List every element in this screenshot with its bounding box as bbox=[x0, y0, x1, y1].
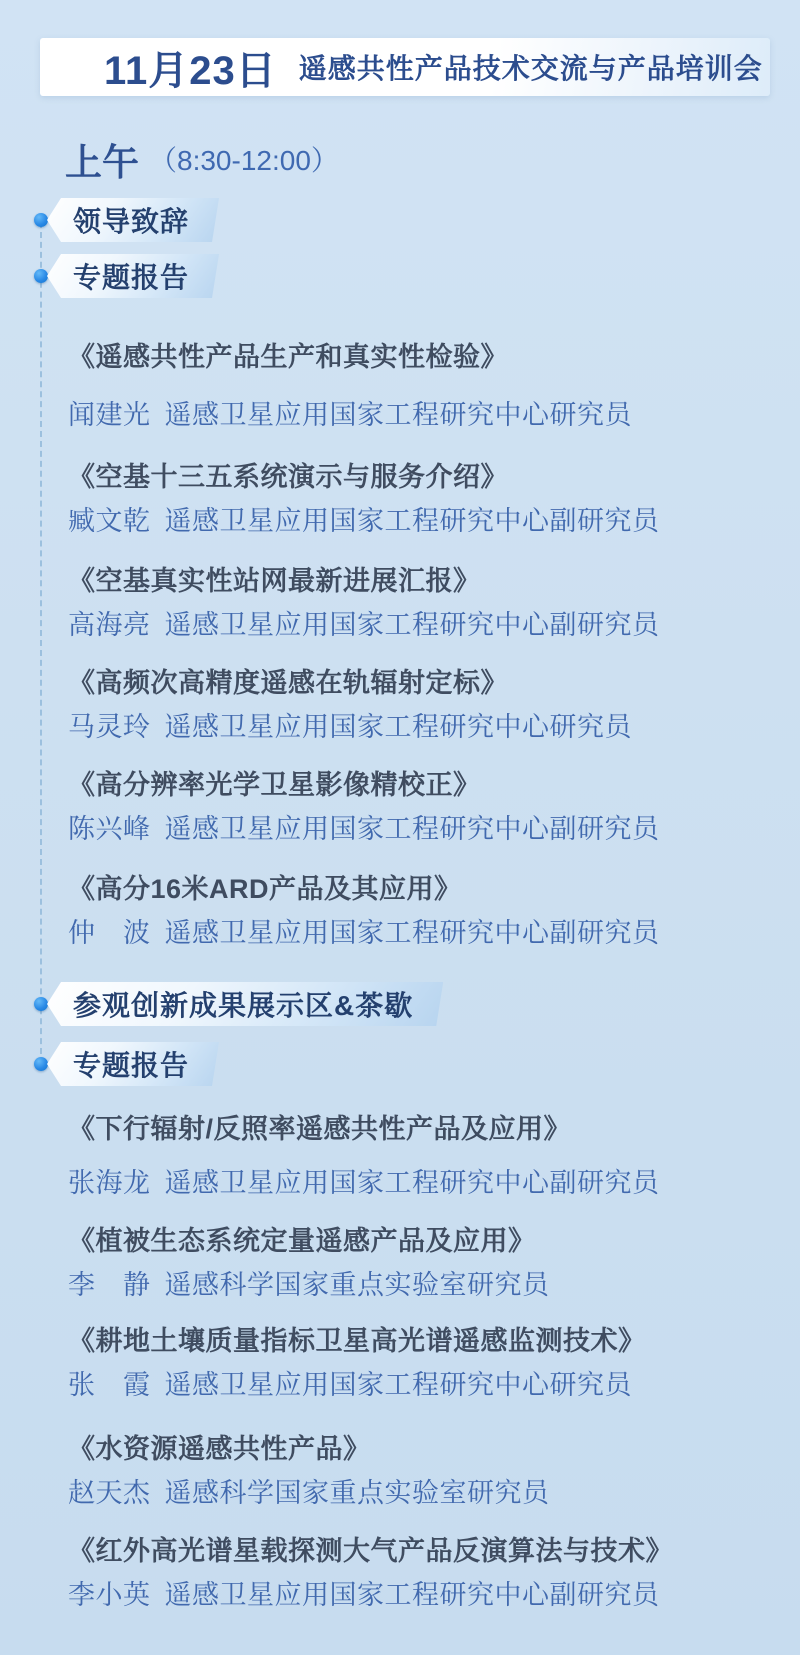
talk-title: 《高频次高精度遥感在轨辐射定标》 bbox=[68, 666, 770, 700]
header-bar: 11月23日 遥感共性产品技术交流与产品培训会 bbox=[40, 38, 770, 96]
talk-entry: 《下行辐射/反照率遥感共性产品及应用》 张海龙 遥感卫星应用国家工程研究中心副研… bbox=[68, 1112, 770, 1200]
talk-title: 《遥感共性产品生产和真实性检验》 bbox=[68, 340, 770, 374]
talk-speaker: 闻建光 遥感卫星应用国家工程研究中心研究员 bbox=[68, 398, 770, 432]
page-title: 遥感共性产品技术交流与产品培训会 bbox=[299, 47, 763, 87]
talk-speaker: 张海龙 遥感卫星应用国家工程研究中心副研究员 bbox=[68, 1166, 770, 1200]
talk-title: 《空基十三五系统演示与服务介绍》 bbox=[68, 460, 770, 494]
talk-entry: 《空基真实性站网最新进展汇报》 高海亮 遥感卫星应用国家工程研究中心副研究员 bbox=[68, 564, 770, 642]
talk-entry: 《耕地土壤质量指标卫星高光谱遥感监测技术》 张 霞 遥感卫星应用国家工程研究中心… bbox=[68, 1324, 770, 1402]
talk-title: 《耕地土壤质量指标卫星高光谱遥感监测技术》 bbox=[68, 1324, 770, 1358]
talk-speaker: 仲 波 遥感卫星应用国家工程研究中心副研究员 bbox=[68, 916, 770, 950]
agenda-item-reports-1: 专题报告 bbox=[30, 254, 770, 298]
talk-speaker: 李小英 遥感卫星应用国家工程研究中心副研究员 bbox=[68, 1578, 770, 1612]
timeline-dot-icon bbox=[34, 997, 48, 1011]
talk-speaker: 陈兴峰 遥感卫星应用国家工程研究中心副研究员 bbox=[68, 812, 770, 846]
talk-entry: 《高频次高精度遥感在轨辐射定标》 马灵玲 遥感卫星应用国家工程研究中心研究员 bbox=[68, 666, 770, 744]
talk-entry: 《空基十三五系统演示与服务介绍》 臧文乾 遥感卫星应用国家工程研究中心副研究员 bbox=[68, 460, 770, 538]
agenda-poster: { "header": { "date": "11月23日", "title":… bbox=[0, 0, 800, 1655]
speaker-affiliation: 遥感卫星应用国家工程研究中心研究员 bbox=[165, 710, 633, 744]
talk-speaker: 赵天杰 遥感科学国家重点实验室研究员 bbox=[68, 1476, 770, 1510]
timeline-dot-icon bbox=[34, 213, 48, 227]
session-label: 上午 bbox=[65, 132, 139, 186]
header-date: 11月23日 bbox=[104, 39, 277, 96]
talk-speaker: 高海亮 遥感卫星应用国家工程研究中心副研究员 bbox=[68, 608, 770, 642]
speaker-name: 赵天杰 bbox=[68, 1476, 151, 1510]
agenda-item-reports-2: 专题报告 bbox=[30, 1042, 770, 1086]
talk-entry: 《高分16米ARD产品及其应用》 仲 波 遥感卫星应用国家工程研究中心副研究员 bbox=[68, 872, 770, 950]
talk-speaker: 李 静 遥感科学国家重点实验室研究员 bbox=[68, 1268, 770, 1302]
session-time: （8:30-12:00） bbox=[149, 139, 339, 179]
agenda-item-opening: 领导致辞 bbox=[30, 198, 770, 242]
agenda-timeline: 领导致辞 专题报告 《遥感共性产品生产和真实性检验》 闻建光 遥感卫星应用国家工… bbox=[30, 198, 770, 1612]
talk-entry: 《水资源遥感共性产品》 赵天杰 遥感科学国家重点实验室研究员 bbox=[68, 1432, 770, 1510]
speaker-name: 陈兴峰 bbox=[68, 812, 151, 846]
speaker-affiliation: 遥感卫星应用国家工程研究中心研究员 bbox=[165, 398, 633, 432]
speaker-name: 张海龙 bbox=[68, 1166, 151, 1200]
speaker-affiliation: 遥感卫星应用国家工程研究中心副研究员 bbox=[165, 812, 660, 846]
talk-title: 《植被生态系统定量遥感产品及应用》 bbox=[68, 1224, 770, 1258]
talk-title: 《高分辨率光学卫星影像精校正》 bbox=[68, 768, 770, 802]
session-heading: 上午 （8:30-12:00） bbox=[65, 132, 339, 186]
banner-label: 参观创新成果展示区&茶歇 bbox=[47, 982, 443, 1026]
talk-entry: 《红外高光谱星载探测大气产品反演算法与技术》 李小英 遥感卫星应用国家工程研究中… bbox=[68, 1534, 770, 1612]
speaker-name: 仲 波 bbox=[68, 916, 151, 950]
talk-title: 《红外高光谱星载探测大气产品反演算法与技术》 bbox=[68, 1534, 770, 1568]
talk-entry: 《遥感共性产品生产和真实性检验》 闻建光 遥感卫星应用国家工程研究中心研究员 bbox=[68, 340, 770, 432]
speaker-affiliation: 遥感科学国家重点实验室研究员 bbox=[165, 1476, 550, 1510]
speaker-name: 臧文乾 bbox=[68, 504, 151, 538]
speaker-name: 高海亮 bbox=[68, 608, 151, 642]
talk-speaker: 马灵玲 遥感卫星应用国家工程研究中心研究员 bbox=[68, 710, 770, 744]
speaker-affiliation: 遥感科学国家重点实验室研究员 bbox=[165, 1268, 550, 1302]
speaker-affiliation: 遥感卫星应用国家工程研究中心副研究员 bbox=[165, 1578, 660, 1612]
banner-label: 专题报告 bbox=[47, 254, 219, 298]
banner-label: 领导致辞 bbox=[47, 198, 219, 242]
talk-title: 《水资源遥感共性产品》 bbox=[68, 1432, 770, 1466]
speaker-affiliation: 遥感卫星应用国家工程研究中心副研究员 bbox=[165, 916, 660, 950]
speaker-name: 马灵玲 bbox=[68, 710, 151, 744]
talk-speaker: 臧文乾 遥感卫星应用国家工程研究中心副研究员 bbox=[68, 504, 770, 538]
speaker-affiliation: 遥感卫星应用国家工程研究中心研究员 bbox=[165, 1368, 633, 1402]
talk-speaker: 张 霞 遥感卫星应用国家工程研究中心研究员 bbox=[68, 1368, 770, 1402]
talk-entry: 《植被生态系统定量遥感产品及应用》 李 静 遥感科学国家重点实验室研究员 bbox=[68, 1224, 770, 1302]
speaker-name: 李小英 bbox=[68, 1578, 151, 1612]
agenda-item-tour-break: 参观创新成果展示区&茶歇 bbox=[30, 982, 770, 1026]
talk-title: 《下行辐射/反照率遥感共性产品及应用》 bbox=[68, 1112, 770, 1146]
timeline-dot-icon bbox=[34, 1057, 48, 1071]
timeline-line bbox=[40, 222, 42, 1064]
speaker-name: 张 霞 bbox=[68, 1368, 151, 1402]
speaker-affiliation: 遥感卫星应用国家工程研究中心副研究员 bbox=[165, 1166, 660, 1200]
timeline-dot-icon bbox=[34, 269, 48, 283]
talk-title: 《高分16米ARD产品及其应用》 bbox=[68, 872, 770, 906]
speaker-affiliation: 遥感卫星应用国家工程研究中心副研究员 bbox=[165, 504, 660, 538]
speaker-affiliation: 遥感卫星应用国家工程研究中心副研究员 bbox=[165, 608, 660, 642]
speaker-name: 李 静 bbox=[68, 1268, 151, 1302]
speaker-name: 闻建光 bbox=[68, 398, 151, 432]
talk-title: 《空基真实性站网最新进展汇报》 bbox=[68, 564, 770, 598]
talk-entry: 《高分辨率光学卫星影像精校正》 陈兴峰 遥感卫星应用国家工程研究中心副研究员 bbox=[68, 768, 770, 846]
banner-label: 专题报告 bbox=[47, 1042, 219, 1086]
